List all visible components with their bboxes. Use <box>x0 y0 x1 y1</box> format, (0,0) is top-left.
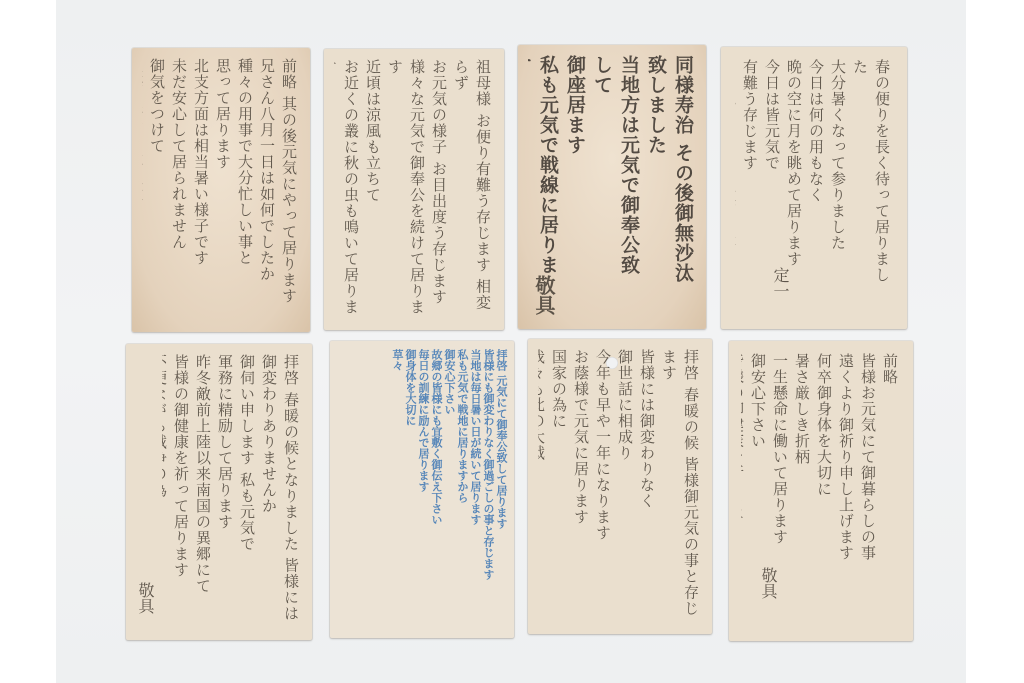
postcard-signature: 敬具 <box>134 582 157 614</box>
postcard-handwriting: 拝啓 元気にて御奉公致して居ります 皆様にも御変わりなく御過ごしの事と存じます … <box>336 349 508 630</box>
postcard-handwriting: 前略 其の後元気にやって居ります 兄さん八月一日は如何でしたか 種々の用事で大分… <box>142 58 300 322</box>
postcard-handwriting: 春の便りを長く待って居りました 大分暑くなって参りました 今日は何の用もなく 晩… <box>735 59 893 289</box>
postcard-handwriting: 祖母様 お便り有難う存じます 相変らず お元気の様子 お目出度う存じます 様々な… <box>334 59 494 320</box>
postcard-handwriting: 前略 皆様お元気にて御暮らしの事 遠くより御祈り申し上げます 何卒御身体を大切に… <box>741 353 901 581</box>
postcard-bottom-1: 拝啓 春暖の候となりました 皆様には御変わりありませんか 御伺い申します 私も元… <box>126 344 312 640</box>
postcard-top-4: 春の便りを長く待って居りました 大分暑くなって参りました 今日は何の用もなく 晩… <box>721 47 907 329</box>
postcard-handwriting: 拝啓 春暖の候となりました 皆様には御変わりありませんか 御伺い申します 私も元… <box>162 354 302 630</box>
postcard-top-3: 同様寿治 その後御無沙汰致しました 当地方は元気で御奉公致して 御座居ます 私も… <box>518 45 706 329</box>
postcard-bottom-4: 前略 皆様お元気にて御暮らしの事 遠くより御祈り申し上げます 何卒御身体を大切に… <box>729 341 913 641</box>
postcard-top-1: 前略 其の後元気にやって居ります 兄さん八月一日は如何でしたか 種々の用事で大分… <box>132 48 310 332</box>
postcard-handwriting: 拝啓 春暖の候 皆様御元気の事と存じます 皆様には御変わりなく 御世話に相成り … <box>538 349 702 624</box>
photo-background: 前略 其の後元気にやって居ります 兄さん八月一日は如何でしたか 種々の用事で大分… <box>56 0 966 683</box>
postcard-handwriting: 同様寿治 その後御無沙汰致しました 当地方は元気で御奉公致して 御座居ます 私も… <box>528 55 696 289</box>
postcard-bottom-3: 拝啓 春暖の候 皆様御元気の事と存じます 皆様には御変わりなく 御世話に相成り … <box>528 339 712 634</box>
postcard-top-2: 祖母様 お便り有難う存じます 相変らず お元気の様子 お目出度う存じます 様々な… <box>324 49 504 330</box>
postcard-bottom-2: 拝啓 元気にて御奉公致して居ります 皆様にも御変わりなく御過ごしの事と存じます … <box>330 341 514 638</box>
postcard-signature: 定一 <box>769 267 792 299</box>
postcard-signature: 敬具 <box>757 567 780 599</box>
postcard-signature: 敬具 <box>530 275 559 315</box>
